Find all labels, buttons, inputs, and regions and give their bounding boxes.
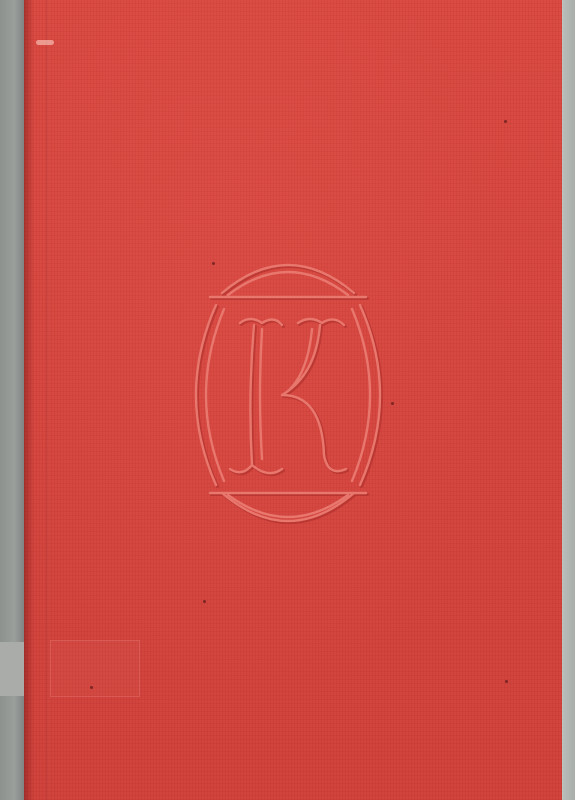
spine-edge [24, 0, 34, 800]
cover-speck [90, 686, 93, 689]
cover-wear-mark [36, 40, 54, 45]
cover-speck [391, 402, 394, 405]
cover-speck [504, 120, 507, 123]
embossed-monogram-emblem [182, 245, 394, 545]
cover-speck [203, 600, 206, 603]
cover-speck [212, 262, 215, 265]
cover-hinge [46, 0, 49, 800]
cover-speck [505, 680, 508, 683]
monogram-k-icon [182, 245, 394, 545]
faded-label-mark [50, 640, 140, 697]
background-left-tab [0, 642, 24, 696]
